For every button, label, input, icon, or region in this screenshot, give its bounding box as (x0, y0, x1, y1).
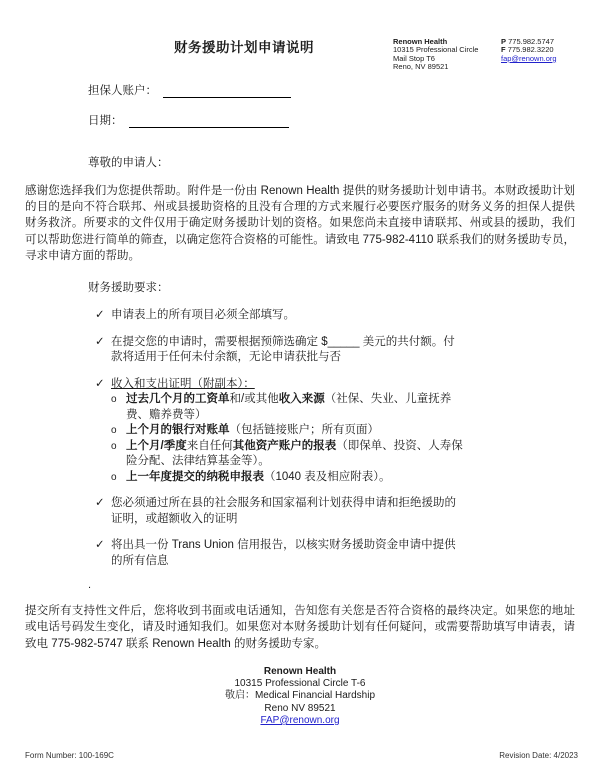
mailing-attention: 敬启：Medical Financial Hardship (25, 690, 575, 702)
contact-phone-column: P 775.982.5747 F 775.982.3220 fap@renown… (501, 38, 575, 72)
sublist-item-asset-statements: o 上个月/季度来自任何其他资产账户的报表（即保单、投资、人寿保险分配、法律结算… (111, 439, 463, 470)
header-email-link[interactable]: fap@renown.org (501, 54, 557, 63)
checklist-item-income-proof: ✓ 收入和支出证明（附副本）： o 过去几个月的工资单和/或其他收入来源（社保、… (95, 377, 575, 486)
sublist-item-tax-return: o 上一年度提交的纳税申报表（1040 表及相应附表）。 (111, 470, 463, 486)
bottom-meta-row: Form Number: 100-169C Revision Date: 4/2… (25, 751, 578, 760)
mailing-org-name: Renown Health (25, 666, 575, 678)
circle-bullet-icon: o (111, 392, 126, 423)
checklist-item-credit-report: ✓ 将出具一份 Trans Union 信用报告，以核实财务援助资金申请中提供的… (95, 538, 575, 569)
guarantor-account-blank-line (163, 86, 291, 98)
income-proof-sublist: o 过去几个月的工资单和/或其他收入来源（社保、失业、儿童抚养费、赡养费等） o… (111, 392, 463, 485)
sublist-item-text: 上一年度提交的纳税申报表（1040 表及相应附表）。 (126, 470, 463, 486)
checklist-item-text: 收入和支出证明（附副本）： o 过去几个月的工资单和/或其他收入来源（社保、失业… (111, 377, 463, 486)
checklist-item-copay: ✓ 在提交您的申请时，需要根据预筛选确定 $_____ 美元的共付额。付款将适用… (95, 335, 575, 366)
footer-email-link[interactable]: FAP@renown.org (260, 715, 339, 726)
guarantor-account-row: 担保人账户： (88, 82, 575, 98)
fill-in-fields: 担保人账户： 日期： (88, 82, 575, 128)
document-header: 财务援助计划申请说明 Renown Health 10315 Professio… (25, 36, 575, 72)
contact-address-line3: Reno, NV 89521 (393, 63, 491, 71)
form-number: Form Number: 100-169C (25, 751, 114, 760)
header-contact-block: Renown Health 10315 Professional Circle … (393, 36, 575, 72)
sublist-item-pay-stubs: o 过去几个月的工资单和/或其他收入来源（社保、失业、儿童抚养费、赡养费等） (111, 392, 463, 423)
checklist-item-complete-form: ✓ 申请表上的所有项目必须全部填写。 (95, 308, 575, 324)
checklist-item-welfare-proof: ✓ 您必须通过所在县的社会服务和国家福利计划获得申请和拒绝援助的证明，或超额收入… (95, 496, 575, 527)
mailing-address: 10315 Professional Circle T-6 (25, 678, 575, 690)
salutation: 尊敬的申请人： (88, 154, 575, 170)
requirements-heading: 财务援助要求： (88, 279, 575, 295)
date-row: 日期： (88, 112, 575, 128)
checklist-item-text: 您必须通过所在县的社会服务和国家福利计划获得申请和拒绝援助的证明，或超额收入的证… (111, 496, 463, 527)
checklist-item-text: 在提交您的申请时，需要根据预筛选确定 $_____ 美元的共付额。付款将适用于任… (111, 335, 463, 366)
checklist-item-text: 申请表上的所有项目必须全部填写。 (111, 308, 463, 324)
closing-paragraph: 提交所有支持性文件后，您将收到书面或电话通知，告知您有关您是否符合资格的最终决定… (25, 603, 575, 652)
page-title: 财务援助计划申请说明 (95, 36, 393, 56)
date-blank-line (129, 116, 289, 128)
contact-address-column: Renown Health 10315 Professional Circle … (393, 38, 491, 72)
revision-date: Revision Date: 4/2023 (499, 751, 578, 760)
intro-paragraph: 感谢您选择我们为您提供帮助。附件是一份由 Renown Health 提供的财务… (25, 183, 575, 264)
circle-bullet-icon: o (111, 423, 126, 439)
circle-bullet-icon: o (111, 470, 126, 486)
checkmark-icon: ✓ (95, 308, 111, 324)
sublist-item-text: 上个月/季度来自任何其他资产账户的报表（即保单、投资、人寿保险分配、法律结算基金… (126, 439, 463, 470)
checkmark-icon: ✓ (95, 335, 111, 366)
date-label: 日期： (88, 115, 123, 127)
checklist-item-text: 将出具一份 Trans Union 信用报告，以核实财务援助资金申请中提供的所有… (111, 538, 463, 569)
checkmark-icon: ✓ (95, 377, 111, 486)
sublist-item-text: 上个月的银行对账单（包括链接账户；所有页面） (126, 423, 463, 439)
document-page: 财务援助计划申请说明 Renown Health 10315 Professio… (0, 0, 600, 776)
stray-period: . (88, 580, 575, 590)
circle-bullet-icon: o (111, 439, 126, 470)
requirements-checklist: ✓ 申请表上的所有项目必须全部填写。 ✓ 在提交您的申请时，需要根据预筛选确定 … (25, 308, 575, 569)
mailing-address-block: Renown Health 10315 Professional Circle … (25, 666, 575, 727)
guarantor-account-label: 担保人账户： (88, 85, 157, 97)
title-column: 财务援助计划申请说明 (25, 36, 393, 56)
income-proof-heading: 收入和支出证明（附副本）： (111, 378, 255, 390)
mailing-city-state-zip: Reno NV 89521 (25, 703, 575, 715)
sublist-item-text: 过去几个月的工资单和/或其他收入来源（社保、失业、儿童抚养费、赡养费等） (126, 392, 463, 423)
sublist-item-bank-statement: o 上个月的银行对账单（包括链接账户；所有页面） (111, 423, 463, 439)
checkmark-icon: ✓ (95, 538, 111, 569)
checkmark-icon: ✓ (95, 496, 111, 527)
